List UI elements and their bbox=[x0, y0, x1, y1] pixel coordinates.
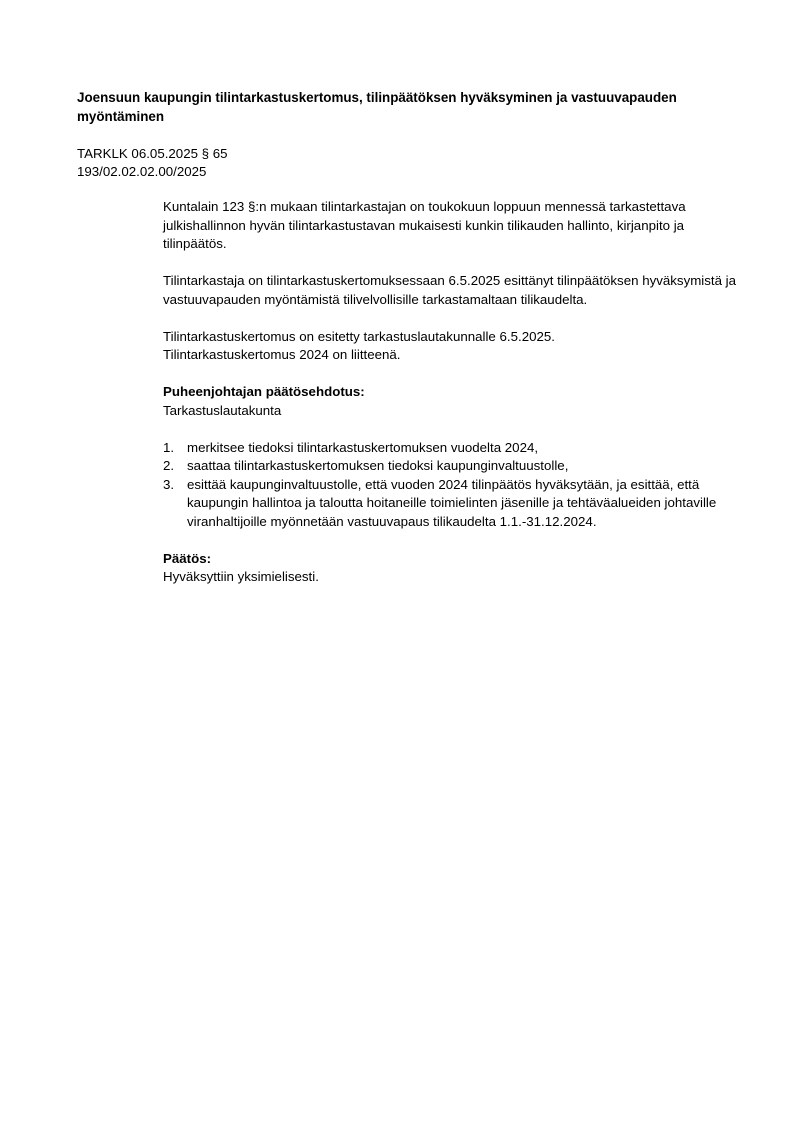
proposal-item-number: 1. bbox=[163, 439, 174, 458]
decision-heading: Päätös: bbox=[163, 550, 738, 569]
chair-proposal-heading: Puheenjohtajan päätösehdotus: bbox=[163, 383, 738, 402]
document-title: Joensuun kaupungin tilintarkastuskertomu… bbox=[77, 88, 747, 126]
record-id: 193/02.02.02.00/2025 bbox=[77, 163, 228, 181]
decision-section: Päätös: Hyväksyttiin yksimielisesti. bbox=[163, 550, 738, 587]
proposal-item-number: 3. bbox=[163, 476, 174, 495]
chair-proposal-section: Puheenjohtajan päätösehdotus: Tarkastusl… bbox=[163, 383, 738, 531]
proposal-item: 3. esittää kaupunginvaltuustolle, että v… bbox=[163, 476, 738, 532]
document-body: Kuntalain 123 §:n mukaan tilintarkastaja… bbox=[163, 198, 738, 587]
document-meta: TARKLK 06.05.2025 § 65 193/02.02.02.00/2… bbox=[77, 145, 228, 181]
proposal-item-text: merkitsee tiedoksi tilintarkastuskertomu… bbox=[187, 440, 538, 455]
proposal-item: 1. merkitsee tiedoksi tilintarkastuskert… bbox=[163, 439, 738, 458]
report-attachment-line: Tilintarkastuskertomus 2024 on liitteenä… bbox=[163, 346, 738, 365]
proposal-item-text: saattaa tilintarkastuskertomuksen tiedok… bbox=[187, 458, 568, 473]
proposal-item: 2. saattaa tilintarkastuskertomuksen tie… bbox=[163, 457, 738, 476]
decision-body: Hyväksyttiin yksimielisesti. bbox=[163, 568, 738, 587]
proposal-item-number: 2. bbox=[163, 457, 174, 476]
proposal-item-text: esittää kaupunginvaltuustolle, että vuod… bbox=[187, 477, 716, 529]
proposal-list: 1. merkitsee tiedoksi tilintarkastuskert… bbox=[163, 439, 738, 532]
chair-proposal-body: Tarkastuslautakunta bbox=[163, 402, 738, 421]
paragraph-legal-basis: Kuntalain 123 §:n mukaan tilintarkastaja… bbox=[163, 198, 738, 254]
report-presented-line: Tilintarkastuskertomus on esitetty tarka… bbox=[163, 328, 738, 347]
paragraph-auditor-proposal: Tilintarkastaja on tilintarkastuskertomu… bbox=[163, 272, 738, 309]
meeting-reference: TARKLK 06.05.2025 § 65 bbox=[77, 145, 228, 163]
paragraph-report-presented: Tilintarkastuskertomus on esitetty tarka… bbox=[163, 328, 738, 365]
